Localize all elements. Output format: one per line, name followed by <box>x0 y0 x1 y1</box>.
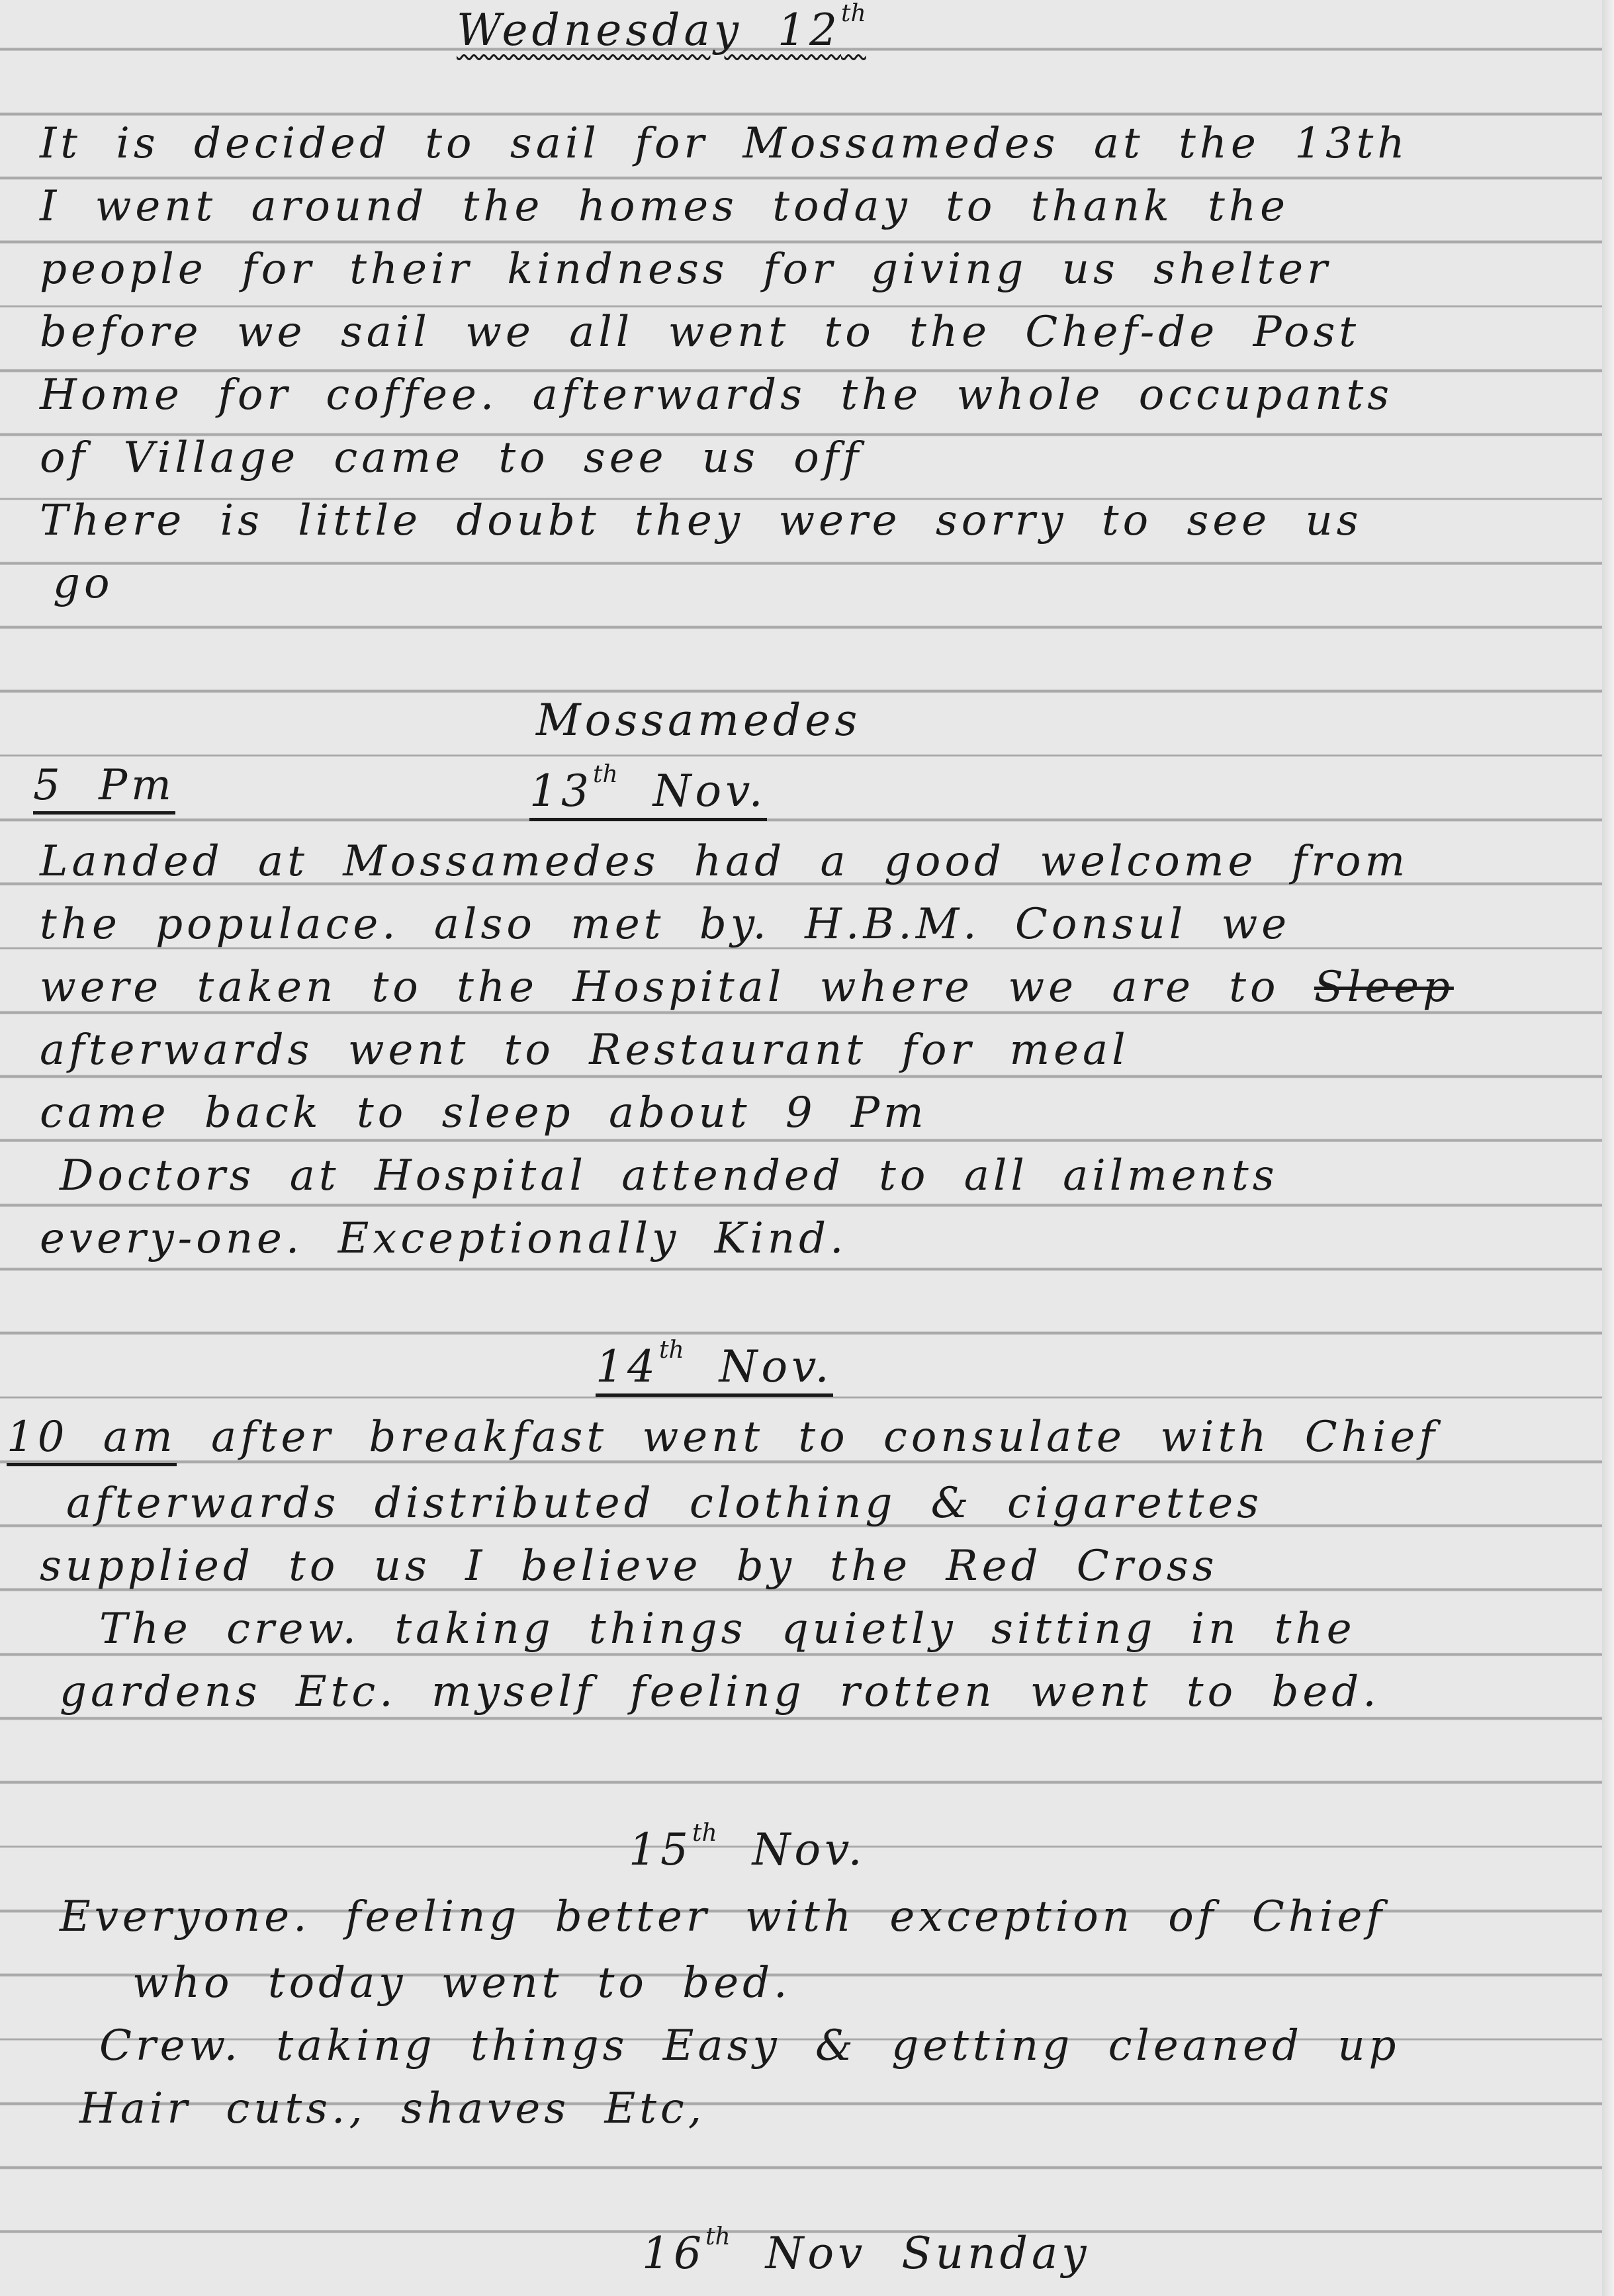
entry-heading-14-nov: 14th Nov. <box>596 1337 833 1397</box>
heading-sup: th <box>659 1337 684 1364</box>
place-heading: Mossamedes <box>536 695 861 746</box>
entry1-line-1: It is decided to sail for Mossamedes at … <box>40 119 1409 168</box>
heading-suffix: Nov. <box>653 766 767 817</box>
entry1-line-3: people for their kindness for giving us … <box>40 245 1331 294</box>
notebook-page: Wednesday 12th It is decided to sail for… <box>0 0 1614 2296</box>
heading-text: 14 <box>596 1341 659 1392</box>
entry4-line-1: Everyone. feeling better with exception … <box>60 1892 1386 1941</box>
entry1-line-7: There is little doubt they were sorry to… <box>40 496 1363 545</box>
page-edge <box>1602 0 1614 2296</box>
entry1-line-8: go <box>53 559 114 608</box>
time-label-10am: 10 am <box>7 1413 177 1466</box>
entry2-line-2: the populace. also met by. H.B.M. Consul… <box>40 900 1290 949</box>
entry3-line-5: gardens Etc. myself feeling rotten went … <box>60 1667 1380 1716</box>
entry1-line-5: Home for coffee. afterwards the whole oc… <box>40 371 1393 419</box>
heading-text: 16 <box>642 2228 705 2279</box>
entry-heading-wednesday: Wednesday 12th <box>457 0 866 56</box>
entry1-line-2: I went around the homes today to thank t… <box>40 182 1289 231</box>
line-text: were taken to the Hospital where we are … <box>40 963 1280 1012</box>
entry3-line-2: afterwards distributed clothing & cigare… <box>66 1479 1263 1528</box>
heading-suffix: Nov. <box>719 1341 833 1392</box>
heading-suffix: Nov. <box>752 1824 866 1875</box>
entry3-line-3: supplied to us I believe by the Red Cros… <box>40 1542 1218 1591</box>
heading-text: 15 <box>629 1824 692 1875</box>
entry-heading-15-nov: 15th Nov. <box>629 1820 866 1875</box>
entry4-line-2: who today went to bed. <box>132 1959 791 2008</box>
heading-sup: th <box>705 2223 731 2250</box>
entry2-line-4: afterwards went to Restaurant for meal <box>40 1026 1130 1075</box>
heading-suffix: Nov Sunday <box>766 2228 1091 2279</box>
struck-word: Sleep <box>1314 963 1454 1012</box>
entry2-line-6: Doctors at Hospital attended to all ailm… <box>60 1151 1278 1200</box>
heading-sup: th <box>841 0 866 27</box>
entry1-line-4: before we sail we all went to the Chef-d… <box>40 308 1360 357</box>
entry3-line-4: The crew. taking things quietly sitting … <box>99 1605 1356 1654</box>
entry2-line-3: were taken to the Hospital where we are … <box>40 963 1454 1012</box>
entry-heading-13-nov: 13th Nov. <box>529 761 767 821</box>
heading-sup: th <box>593 761 618 788</box>
entry2-line-1: Landed at Mossamedes had a good welcome … <box>40 837 1409 886</box>
entry2-line-7: every-one. Exceptionally Kind. <box>40 1214 847 1263</box>
entry1-line-6: of Village came to see us off <box>40 433 862 482</box>
heading-sup: th <box>692 1820 717 1847</box>
line-text: after breakfast went to consulate with C… <box>211 1413 1439 1462</box>
time-label-5pm: 5 Pm <box>33 761 175 815</box>
heading-text: Wednesday 12 <box>457 5 841 56</box>
entry4-line-4: Hair cuts., shaves Etc, <box>79 2084 705 2133</box>
entry4-line-3: Crew. taking things Easy & getting clean… <box>99 2021 1400 2070</box>
entry-heading-16-nov: 16th Nov Sunday <box>642 2223 1091 2279</box>
entry2-line-5: came back to sleep about 9 Pm <box>40 1088 928 1137</box>
entry3-line-1: 10 am after breakfast went to consulate … <box>7 1413 1439 1462</box>
heading-text: 13 <box>529 766 593 817</box>
